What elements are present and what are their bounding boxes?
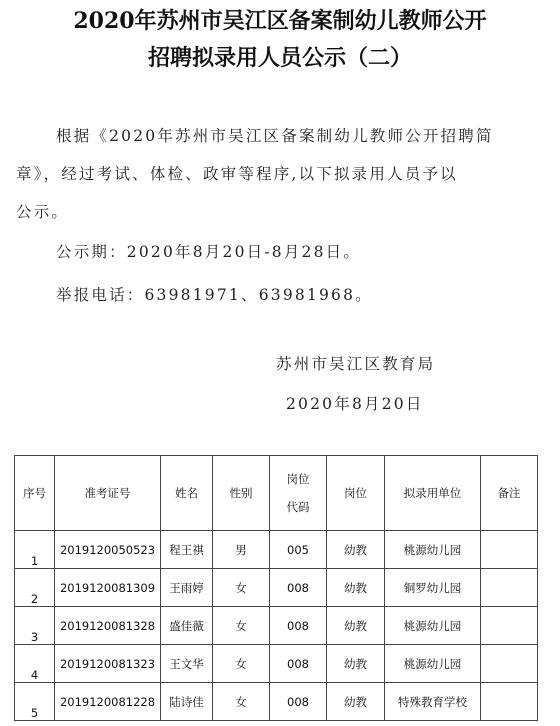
- cell-post-code: 008: [270, 683, 327, 721]
- header-post: 岗位: [327, 456, 385, 531]
- cell-seq: 1: [15, 531, 55, 569]
- header-gender: 性别: [213, 456, 270, 531]
- cell-seq: 3: [15, 607, 55, 645]
- cell-name: 王雨婷: [161, 569, 213, 607]
- cell-exam-id: 2019120050523: [55, 531, 161, 569]
- intro-paragraph-line3: 公示。: [16, 200, 69, 222]
- cell-unit: 桃源幼儿园: [385, 607, 481, 645]
- page-title-line2: 招聘拟录用人员公示（二）: [0, 41, 560, 72]
- header-name: 姓名: [161, 456, 213, 531]
- cell-name: 陆诗佳: [161, 683, 213, 721]
- report-hotline: 举报电话：63981971、63981968。: [56, 283, 373, 305]
- header-post-code-line2: 代码: [270, 493, 326, 521]
- page-title-line1: 2020年苏州市吴江区备案制幼儿教师公开: [0, 4, 560, 35]
- cell-exam-id: 2019120081323: [55, 645, 161, 683]
- cell-unit: 铜罗幼儿园: [385, 569, 481, 607]
- cell-post-code: 008: [270, 607, 327, 645]
- cell-unit: 桃源幼儿园: [385, 645, 481, 683]
- table-row: 3 2019120081328 盛佳薇 女 008 幼教 桃源幼儿园: [15, 607, 538, 645]
- cell-name: 王文华: [161, 645, 213, 683]
- cell-remark: [481, 569, 538, 607]
- cell-name: 程王祺: [161, 531, 213, 569]
- cell-seq: 5: [15, 683, 55, 721]
- cell-post: 幼教: [327, 531, 385, 569]
- cell-gender: 男: [213, 531, 270, 569]
- cell-exam-id: 2019120081309: [55, 569, 161, 607]
- cell-remark: [481, 531, 538, 569]
- cell-unit: 桃源幼儿园: [385, 531, 481, 569]
- header-remark: 备注: [481, 456, 538, 531]
- intro-paragraph-line2: 章》，经过考试、体检、政审等程序,以下拟录用人员予以: [16, 162, 458, 184]
- cell-post: 幼教: [327, 569, 385, 607]
- header-exam-id: 准考证号: [55, 456, 161, 531]
- cell-post-code: 008: [270, 569, 327, 607]
- table-header-row: 序号 准考证号 姓名 性别 岗位 代码 岗位 拟录用单位 备注: [15, 456, 538, 531]
- intro-paragraph-line1: 根据《2020年苏州市吴江区备案制幼儿教师公开招聘简: [56, 124, 494, 146]
- cell-gender: 女: [213, 683, 270, 721]
- issue-date: 2020年8月20日: [286, 392, 424, 414]
- hiring-roster-table: 序号 准考证号 姓名 性别 岗位 代码 岗位 拟录用单位 备注 1 201912…: [14, 455, 538, 721]
- cell-exam-id: 2019120081228: [55, 683, 161, 721]
- cell-name: 盛佳薇: [161, 607, 213, 645]
- header-post-code-line1: 岗位: [270, 465, 326, 493]
- cell-remark: [481, 607, 538, 645]
- cell-post: 幼教: [327, 607, 385, 645]
- cell-post: 幼教: [327, 683, 385, 721]
- cell-post-code: 005: [270, 531, 327, 569]
- cell-post: 幼教: [327, 645, 385, 683]
- cell-seq: 4: [15, 645, 55, 683]
- cell-exam-id: 2019120081328: [55, 607, 161, 645]
- cell-gender: 女: [213, 645, 270, 683]
- issuer-name: 苏州市吴江区教育局: [276, 352, 435, 374]
- cell-gender: 女: [213, 569, 270, 607]
- cell-gender: 女: [213, 607, 270, 645]
- cell-post-code: 008: [270, 645, 327, 683]
- table-row: 2 2019120081309 王雨婷 女 008 幼教 铜罗幼儿园: [15, 569, 538, 607]
- table-row: 5 2019120081228 陆诗佳 女 008 幼教 特殊教育学校: [15, 683, 538, 721]
- header-post-code: 岗位 代码: [270, 456, 327, 531]
- cell-remark: [481, 683, 538, 721]
- publicity-period: 公示期：2020年8月20日-8月28日。: [56, 240, 361, 262]
- table-row: 4 2019120081323 王文华 女 008 幼教 桃源幼儿园: [15, 645, 538, 683]
- table-row: 1 2019120050523 程王祺 男 005 幼教 桃源幼儿园: [15, 531, 538, 569]
- header-unit: 拟录用单位: [385, 456, 481, 531]
- cell-remark: [481, 645, 538, 683]
- header-seq: 序号: [15, 456, 55, 531]
- cell-unit: 特殊教育学校: [385, 683, 481, 721]
- cell-seq: 2: [15, 569, 55, 607]
